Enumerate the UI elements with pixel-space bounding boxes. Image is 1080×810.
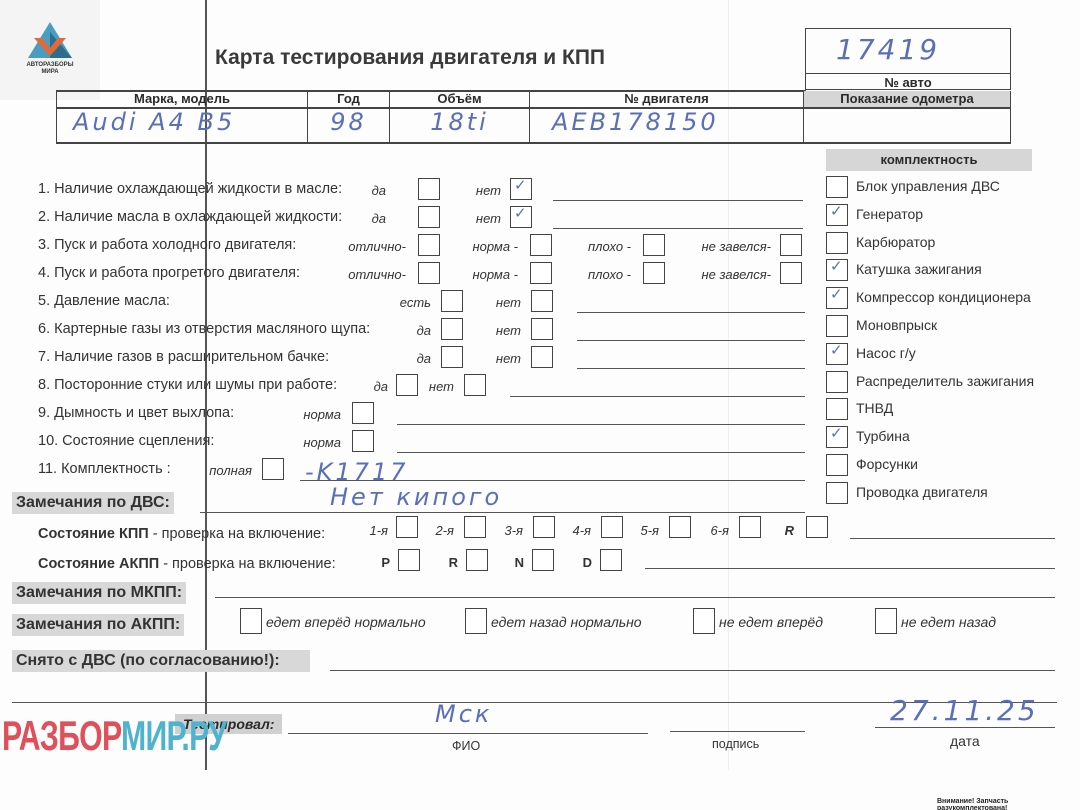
signature-line[interactable] <box>670 731 805 732</box>
komplektnost-note[interactable]: -K1717 <box>305 458 408 486</box>
checkbox[interactable] <box>262 458 284 480</box>
checkbox[interactable] <box>531 318 553 340</box>
checkbox[interactable] <box>531 290 553 312</box>
remarks-mkpp-line[interactable] <box>215 597 1055 598</box>
check-option-label: полная <box>209 463 252 478</box>
col-header-volume: Объём <box>390 91 530 107</box>
checkbox[interactable]: ✓ <box>826 259 848 281</box>
checkbox[interactable]: ✓ <box>510 178 532 200</box>
kpp-label: Состояние КПП - проверка на включение: <box>38 526 325 542</box>
check-row-11: 11. Комплектность : <box>38 461 171 477</box>
checkmark-icon: ✓ <box>830 341 843 359</box>
akpp-remark-checkbox[interactable] <box>693 608 715 634</box>
remarks-mkpp-label: Замечания по МКПП: <box>12 582 186 604</box>
col-header-year: Год <box>308 91 390 107</box>
check-option-label: не завелся- <box>701 267 771 282</box>
checkbox[interactable] <box>780 262 802 284</box>
akpp-gear-label: P <box>381 555 390 570</box>
checkbox[interactable] <box>826 176 848 198</box>
company-logo: АВТОРАЗБОРЫ МИРА <box>0 0 100 100</box>
fio-value[interactable]: Мск <box>435 700 492 728</box>
check-row-6: 6. Картерные газы из отверстия масляного… <box>38 321 370 337</box>
checkbox[interactable]: ✓ <box>826 343 848 365</box>
checkbox[interactable] <box>826 482 848 504</box>
checkbox[interactable] <box>530 262 552 284</box>
check-option-label: не завелся- <box>701 239 771 254</box>
checkbox[interactable] <box>352 402 374 424</box>
kpp-gear-checkbox[interactable] <box>396 516 418 538</box>
checkbox[interactable] <box>352 430 374 452</box>
kpp-gear-checkbox[interactable] <box>533 516 555 538</box>
komplektnost-item-label: Компрессор кондиционера <box>856 289 1031 305</box>
checkbox[interactable] <box>396 374 418 396</box>
checkbox[interactable] <box>418 262 440 284</box>
check-row-3: 3. Пуск и работа холодного двигателя: <box>38 237 296 253</box>
check-row-8: 8. Посторонние стуки или шумы при работе… <box>38 377 337 393</box>
col-header-odometer: Показание одометра <box>804 91 1011 107</box>
fio-line <box>288 733 648 734</box>
akpp-remark-checkbox[interactable] <box>240 608 262 634</box>
checkbox[interactable]: ✓ <box>826 287 848 309</box>
checkbox[interactable] <box>643 262 665 284</box>
checkmark-icon: ✓ <box>830 257 843 275</box>
checkbox[interactable] <box>418 234 440 256</box>
akpp-gear-label: D <box>583 555 592 570</box>
check-option-label: да <box>417 351 431 366</box>
notes-line[interactable] <box>397 452 805 453</box>
akpp-gear-checkbox[interactable] <box>398 549 420 571</box>
date-value[interactable]: 27.11.25 <box>890 694 1039 727</box>
akpp-remark-label: не едет вперёд <box>719 614 823 630</box>
checkbox[interactable] <box>418 178 440 200</box>
komplektnost-item-label: Моновпрыск <box>856 317 937 333</box>
checkbox[interactable]: ✓ <box>826 204 848 226</box>
akpp-gear-checkbox[interactable] <box>600 549 622 571</box>
checkbox[interactable] <box>826 398 848 420</box>
kpp-gear-label: 4-я <box>572 523 591 538</box>
check-option-label: да <box>372 183 386 198</box>
kpp-gear-label: 5-я <box>640 523 659 538</box>
komplektnost-item-label: Карбюратор <box>856 234 935 250</box>
akpp-gear-label: R <box>449 555 458 570</box>
removed-label: Снято с ДВС (по согласованию!): <box>12 650 310 672</box>
akpp-gear-label: N <box>515 555 524 570</box>
check-option-label: отлично- <box>348 267 406 282</box>
checkmark-icon: ✓ <box>830 202 843 220</box>
page-title: Карта тестирования двигателя и КПП <box>215 46 605 70</box>
check-option-label: плохо - <box>588 267 631 282</box>
komplektnost-item-label: Проводка двигателя <box>856 484 988 500</box>
check-option-label: нет <box>476 211 501 226</box>
checkmark-icon: ✓ <box>830 424 843 442</box>
auto-number-label: № авто <box>806 73 1010 90</box>
notes-line[interactable] <box>553 200 803 201</box>
checkbox[interactable] <box>441 346 463 368</box>
komplektnost-header: комплектность <box>826 149 1032 171</box>
signature-caption: подпись <box>712 737 759 751</box>
auto-number-box: 17419 № авто <box>805 28 1011 90</box>
remarks-dvs-line <box>200 512 805 513</box>
kpp-notes-line <box>850 538 1055 539</box>
check-row-9: 9. Дымность и цвет выхлопа: <box>38 405 234 421</box>
kpp-gear-checkbox[interactable] <box>806 516 828 538</box>
komplektnost-item-label: Катушка зажигания <box>856 261 982 277</box>
checkmark-icon: ✓ <box>514 204 527 222</box>
check-option-label: норма - <box>472 239 518 254</box>
kpp-gear-checkbox[interactable] <box>601 516 623 538</box>
akpp-remark-label: едет назад нормально <box>491 614 642 630</box>
removed-line[interactable] <box>330 670 1055 671</box>
logo-text-line1: АВТОРАЗБОРЫ <box>0 62 100 69</box>
year-value[interactable]: 98 <box>308 108 390 142</box>
komplektnost-item-label: Распределитель зажигания <box>856 373 1034 389</box>
odometer-value[interactable] <box>804 108 1011 142</box>
check-option-label: норма <box>303 435 341 450</box>
notes-line[interactable] <box>577 340 805 341</box>
date-line <box>875 727 1055 728</box>
engine-number-value[interactable]: AEB178150 <box>530 108 804 142</box>
check-option-label: нет <box>429 379 454 394</box>
checkbox[interactable] <box>826 371 848 393</box>
check-row-7: 7. Наличие газов в расширительном бачке: <box>38 349 329 365</box>
komplektnost-item-label: Генератор <box>856 206 923 222</box>
col-header-engine-number: № двигателя <box>530 91 804 107</box>
komplektnost-item-label: Блок управления ДВС <box>856 178 1000 194</box>
check-option-label: нет <box>496 323 521 338</box>
akpp-remark-label: не едет назад <box>901 614 996 630</box>
kpp-gear-label: 2-я <box>435 523 454 538</box>
checkbox[interactable] <box>643 234 665 256</box>
checkbox[interactable] <box>826 454 848 476</box>
check-row-5: 5. Давление масла: <box>38 293 170 309</box>
akpp-label: Состояние АКПП - проверка на включение: <box>38 556 336 572</box>
akpp-remark-checkbox[interactable] <box>465 608 487 634</box>
komplektnost-item-label: Насос г/у <box>856 345 916 361</box>
komplektnost-item-label: Турбина <box>856 428 910 444</box>
check-option-label: нет <box>496 351 521 366</box>
kpp-gear-label: 1-я <box>369 523 388 538</box>
checkbox[interactable]: ✓ <box>826 426 848 448</box>
make-model-value[interactable]: Audi A4 B5 <box>56 108 308 142</box>
komplektnost-item-label: ТНВД <box>856 400 893 416</box>
checkbox[interactable] <box>418 206 440 228</box>
check-option-label: норма - <box>472 267 518 282</box>
warning-text: Внимание! Запчасть разукомплектована! <box>937 798 1080 810</box>
logo-text-line2: МИРА <box>0 69 100 76</box>
notes-line[interactable] <box>577 368 805 369</box>
check-option-label: отлично- <box>348 239 406 254</box>
remarks-dvs-value[interactable]: Нет кипого <box>330 483 502 511</box>
check-option-label: да <box>417 323 431 338</box>
check-option-label: есть <box>400 295 431 310</box>
notes-line[interactable] <box>510 396 805 397</box>
check-option-label: да <box>374 379 388 394</box>
check-option-label: да <box>372 211 386 226</box>
checkbox[interactable] <box>780 234 802 256</box>
check-row-2: 2. Наличие масла в охлаждающей жидкости: <box>38 209 342 225</box>
checkmark-icon: ✓ <box>514 176 527 194</box>
kpp-gear-checkbox[interactable] <box>464 516 486 538</box>
date-caption: дата <box>950 733 980 749</box>
kpp-gear-label: 6-я <box>710 523 729 538</box>
kpp-gear-label: 3-я <box>504 523 523 538</box>
auto-number-value[interactable]: 17419 <box>836 33 940 66</box>
logo-mountain-icon <box>28 22 72 62</box>
checkbox[interactable] <box>826 232 848 254</box>
check-option-label: норма <box>303 407 341 422</box>
notes-line[interactable] <box>397 424 805 425</box>
kpp-gear-checkbox[interactable] <box>739 516 761 538</box>
col-header-make-model: Марка, модель <box>56 91 308 107</box>
akpp-gear-checkbox[interactable] <box>532 549 554 571</box>
akpp-remark-checkbox[interactable] <box>875 608 897 634</box>
checkbox[interactable]: ✓ <box>510 206 532 228</box>
akpp-gear-checkbox[interactable] <box>466 549 488 571</box>
volume-value[interactable]: 18ti <box>390 108 530 142</box>
akpp-remark-label: едет вперёд нормально <box>266 614 426 630</box>
notes-line[interactable] <box>553 228 803 229</box>
fio-caption: ФИО <box>452 739 480 753</box>
notes-line[interactable] <box>577 312 805 313</box>
checkbox[interactable] <box>441 290 463 312</box>
komplektnost-item-label: Форсунки <box>856 456 918 472</box>
kpp-gear-label: R <box>785 523 794 538</box>
checkbox[interactable] <box>464 374 486 396</box>
check-row-4: 4. Пуск и работа прогретого двигателя: <box>38 265 300 281</box>
check-option-label: нет <box>496 295 521 310</box>
checkmark-icon: ✓ <box>830 285 843 303</box>
checkbox[interactable] <box>530 234 552 256</box>
checkbox[interactable] <box>826 315 848 337</box>
checkbox[interactable] <box>531 346 553 368</box>
remarks-dvs-label: Замечания по ДВС: <box>12 492 174 514</box>
check-option-label: нет <box>476 183 501 198</box>
check-row-1: 1. Наличие охлаждающей жидкости в масле: <box>38 181 342 197</box>
check-row-10: 10. Состояние сцепления: <box>38 433 214 449</box>
kpp-gear-checkbox[interactable] <box>669 516 691 538</box>
akpp-notes-line <box>645 568 1055 569</box>
brand-watermark: РАЗБОРМИР.РУ <box>2 712 226 760</box>
check-option-label: плохо - <box>588 239 631 254</box>
remarks-akpp-label: Замечания по АКПП: <box>12 614 184 636</box>
checkbox[interactable] <box>441 318 463 340</box>
